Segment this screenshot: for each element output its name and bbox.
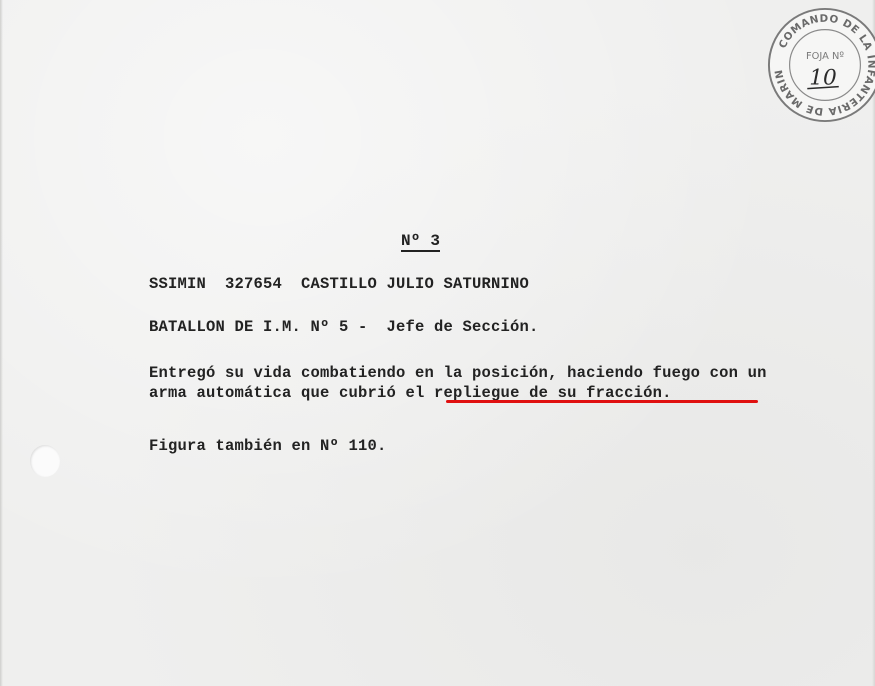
record-line: SSIMIN 327654 CASTILLO JULIO SATURNINO [149, 275, 529, 293]
page-title: Nº 3 [401, 232, 440, 252]
cross-reference: Figura también en Nº 110. [149, 437, 387, 455]
page-edge-left [0, 0, 3, 686]
stamp-inner-label: FOJA Nº [806, 51, 844, 62]
narrative-line-2-plain: arma automática que cubrió [149, 384, 406, 402]
scanned-page: COMANDO DE LA INFANTERIA DE MARINA ★ FOJ… [0, 0, 875, 686]
stamp-seal-icon: COMANDO DE LA INFANTERIA DE MARINA ★ FOJ… [766, 6, 875, 124]
narrative-line-1: Entregó su vida combatiendo en la posici… [149, 364, 767, 382]
punch-hole [30, 445, 60, 477]
narrative-paragraph: Entregó su vida combatiendo en la posici… [149, 363, 767, 403]
unit-line: BATALLON DE I.M. Nº 5 - Jefe de Sección. [149, 318, 539, 336]
red-highlight-underline [446, 400, 758, 403]
official-stamp: COMANDO DE LA INFANTERIA DE MARINA ★ FOJ… [766, 6, 875, 124]
